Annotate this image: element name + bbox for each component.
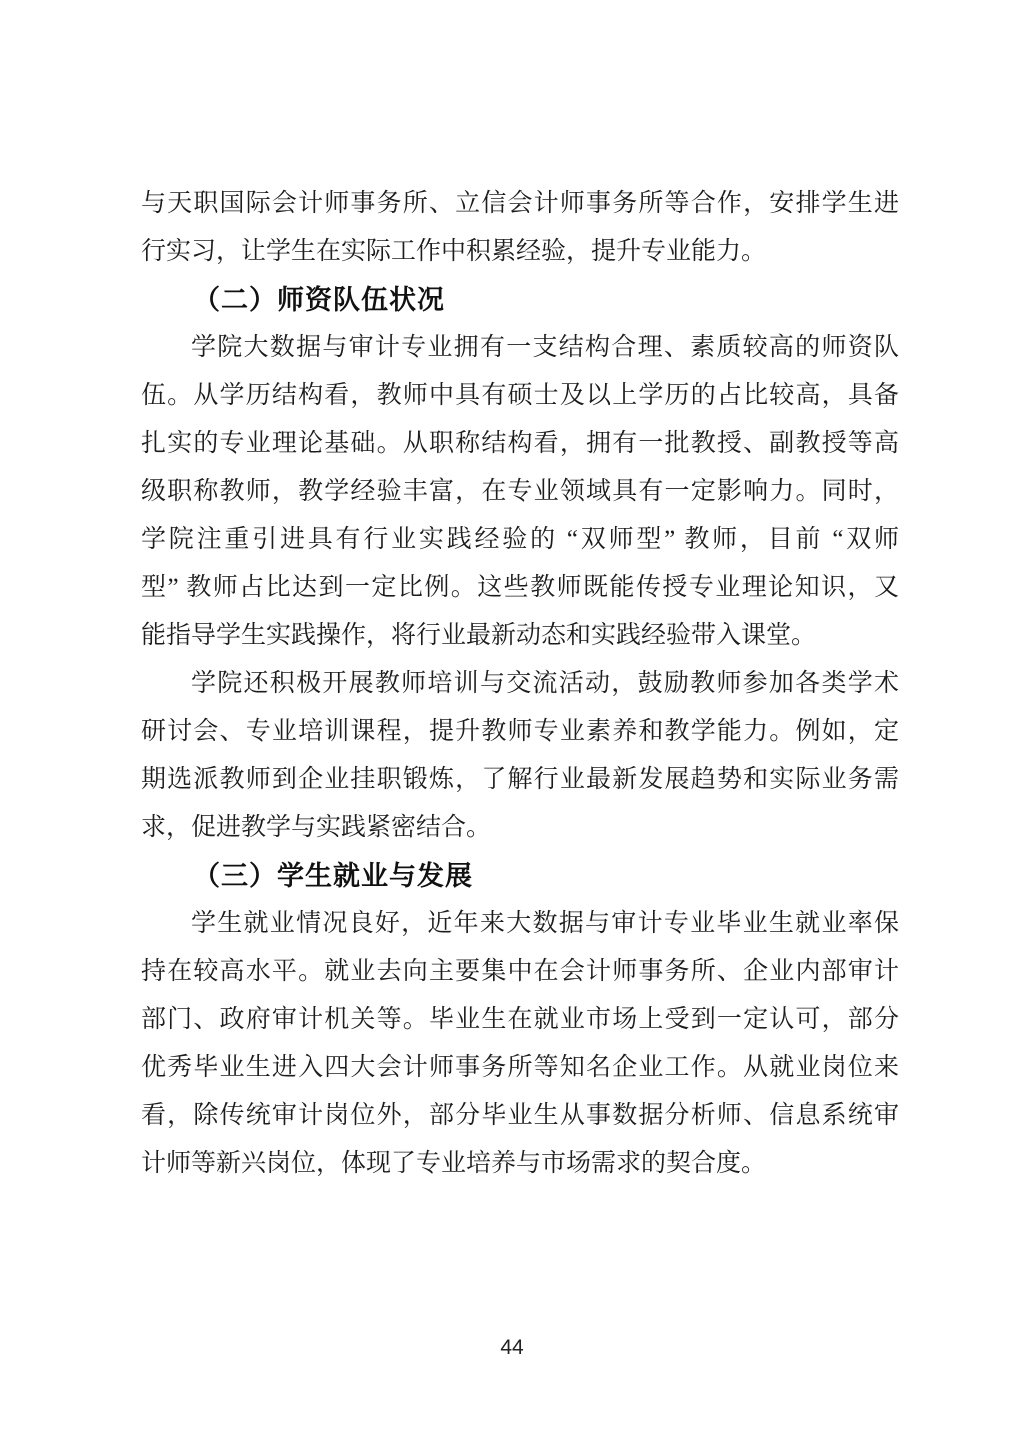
- text-line: 期选派教师到企业挂职锻炼，了解行业最新发展趋势和实际业务需: [141, 756, 899, 804]
- text-line: 学院还积极开展教师培训与交流活动，鼓励教师参加各类学术: [141, 660, 899, 708]
- document-page: 与天职国际会计师事务所、立信会计师事务所等合作，安排学生进 行实习，让学生在实际…: [0, 0, 1024, 1448]
- text-line: 求，促进教学与实践紧密结合。: [141, 804, 899, 852]
- text-line: 看，除传统审计岗位外，部分毕业生从事数据分析师、信息系统审: [141, 1092, 899, 1140]
- text-line: 型” 教师占比达到一定比例。这些教师既能传授专业理论知识，又: [141, 564, 899, 612]
- text-line: 学院注重引进具有行业实践经验的 “双师型” 教师，目前 “双师: [141, 516, 899, 564]
- text-line: 级职称教师，教学经验丰富，在专业领域具有一定影响力。同时，: [141, 468, 899, 516]
- text-line: 研讨会、专业培训课程，提升教师专业素养和教学能力。例如，定: [141, 708, 899, 756]
- page-number: 44: [0, 1336, 1024, 1360]
- text-line: 行实习，让学生在实际工作中积累经验，提升专业能力。: [141, 228, 899, 276]
- text-line: 计师等新兴岗位，体现了专业培养与市场需求的契合度。: [141, 1140, 899, 1188]
- text-line: 部门、政府审计机关等。毕业生在就业市场上受到一定认可，部分: [141, 996, 899, 1044]
- text-line: 持在较高水平。就业去向主要集中在会计师事务所、企业内部审计: [141, 948, 899, 996]
- section-heading-employment: （三）学生就业与发展: [141, 852, 899, 900]
- text-line: 扎实的专业理论基础。从职称结构看，拥有一批教授、副教授等高: [141, 420, 899, 468]
- section-heading-teachers: （二）师资队伍状况: [141, 276, 899, 324]
- text-line: 能指导学生实践操作，将行业最新动态和实践经验带入课堂。: [141, 612, 899, 660]
- text-line: 优秀毕业生进入四大会计师事务所等知名企业工作。从就业岗位来: [141, 1044, 899, 1092]
- text-line: 学生就业情况良好，近年来大数据与审计专业毕业生就业率保: [141, 900, 899, 948]
- text-line: 与天职国际会计师事务所、立信会计师事务所等合作，安排学生进: [141, 180, 899, 228]
- text-line: 学院大数据与审计专业拥有一支结构合理、素质较高的师资队: [141, 324, 899, 372]
- text-line: 伍。从学历结构看，教师中具有硕士及以上学历的占比较高，具备: [141, 372, 899, 420]
- page-content: 与天职国际会计师事务所、立信会计师事务所等合作，安排学生进 行实习，让学生在实际…: [141, 180, 899, 1188]
